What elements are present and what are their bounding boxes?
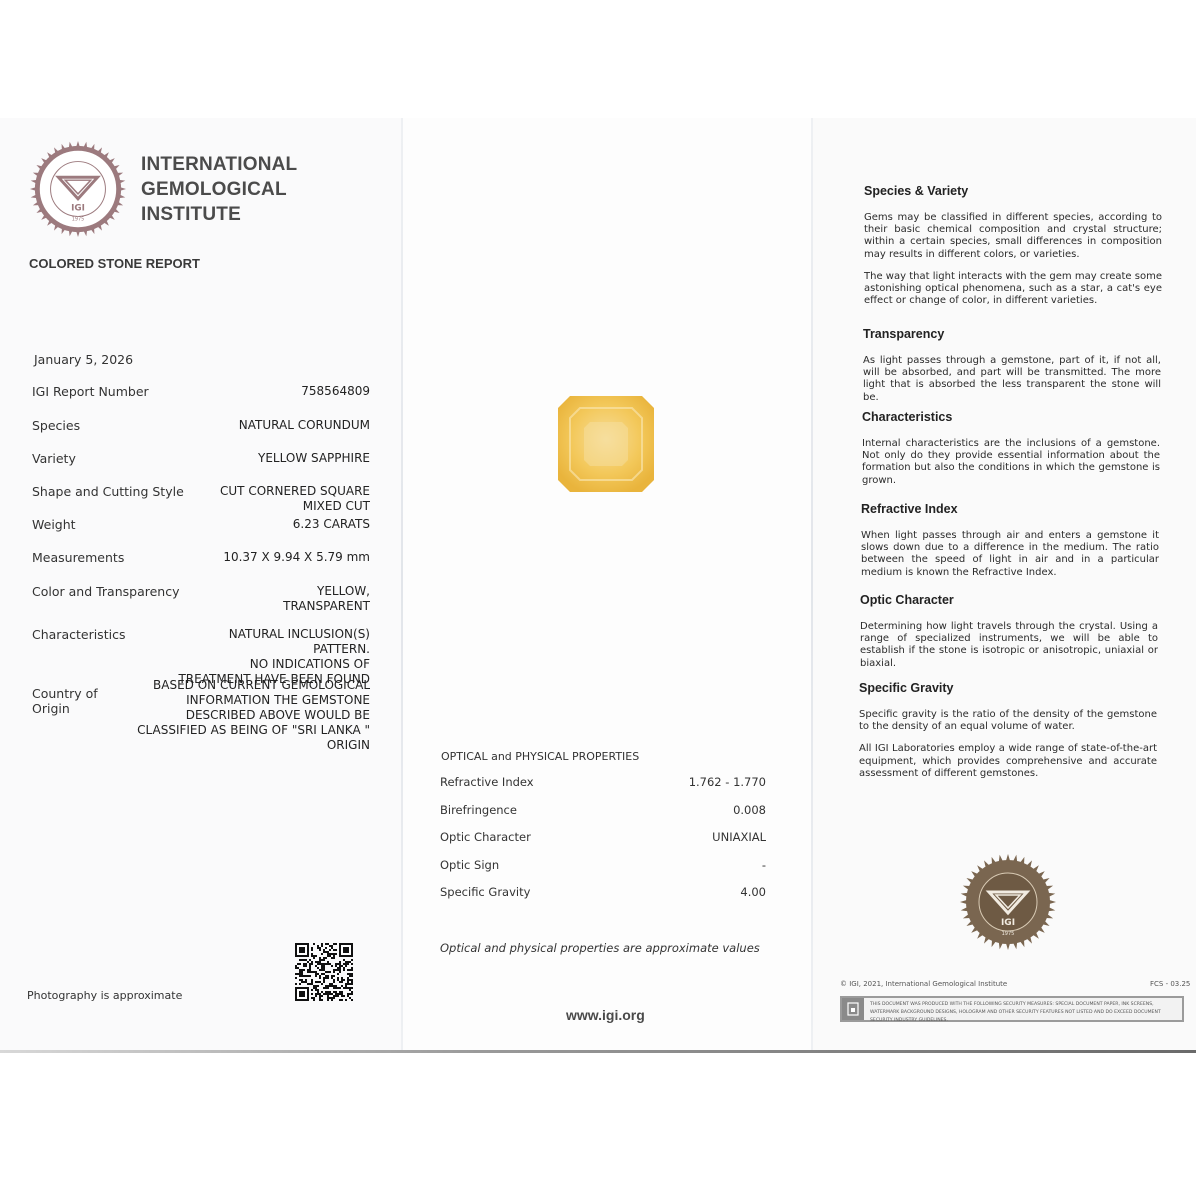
org-name-line: GEMOLOGICAL [141, 177, 297, 202]
glossary-text: Internal characteristics are the inclusi… [862, 438, 1160, 487]
property-value: UNIAXIAL [712, 830, 766, 844]
igi-seal-icon: IGI 1975 [27, 140, 129, 238]
property-label: Birefringence [440, 803, 517, 817]
property-value: 4.00 [740, 885, 766, 899]
glossary-title: Transparency [863, 327, 1161, 341]
property-row: Birefringence0.008 [440, 803, 766, 817]
approx-note: Optical and physical properties are appr… [440, 941, 760, 955]
glossary-section: Refractive IndexWhen light passes throug… [861, 502, 1159, 589]
security-notice: THIS DOCUMENT WAS PRODUCED WITH THE FOLL… [840, 996, 1184, 1022]
igi-seal-gold-icon: IGI 1975 [958, 852, 1058, 952]
field-value: YELLOW,TRANSPARENT [283, 584, 370, 614]
glossary-title: Characteristics [862, 410, 1160, 424]
property-label: Specific Gravity [440, 885, 530, 899]
property-row: Optic Sign- [440, 858, 766, 872]
org-name-line: INTERNATIONAL [141, 152, 297, 177]
glossary-text: The way that light interacts with the ge… [864, 271, 1162, 308]
glossary-text: All IGI Laboratories employ a wide range… [859, 743, 1157, 780]
form-code: FCS - 03.25 [1150, 980, 1190, 988]
property-value: - [762, 858, 766, 872]
document-lock-icon [842, 998, 864, 1020]
field-value: 6.23 CARATS [293, 517, 370, 532]
glossary-section: Specific GravitySpecific gravity is the … [859, 681, 1157, 790]
glossary-title: Species & Variety [864, 184, 1162, 198]
glossary-text: When light passes through air and enters… [861, 530, 1159, 579]
field-value: YELLOW SAPPHIRE [258, 451, 370, 466]
properties-title: OPTICAL and PHYSICAL PROPERTIES [441, 750, 639, 763]
field-value: NATURAL CORUNDUM [239, 418, 370, 433]
property-value: 0.008 [733, 803, 766, 817]
center-panel [402, 118, 812, 1052]
glossary-text: As light passes through a gemstone, part… [863, 355, 1161, 404]
field-label: Country ofOrigin [32, 686, 98, 716]
qr-code-icon[interactable] [295, 943, 353, 1001]
field-label: Shape and Cutting Style [32, 484, 184, 499]
fold-line [401, 118, 403, 1052]
report-title: COLORED STONE REPORT [29, 256, 200, 271]
field-label: Weight [32, 517, 76, 532]
copyright: © IGI, 2021, International Gemological I… [840, 980, 1007, 988]
org-name-line: INSTITUTE [141, 202, 297, 227]
glossary-title: Specific Gravity [859, 681, 1157, 695]
field-value: 758564809 [301, 384, 370, 399]
glossary-text: Specific gravity is the ratio of the den… [859, 709, 1157, 733]
fold-line [811, 118, 813, 1052]
gemstone-photo [556, 394, 656, 494]
property-label: Optic Sign [440, 858, 499, 872]
glossary-section: CharacteristicsInternal characteristics … [862, 410, 1160, 497]
glossary-text: Gems may be classified in different spec… [864, 212, 1162, 261]
field-label: Color and Transparency [32, 584, 179, 599]
glossary-section: Optic CharacterDetermining how light tra… [860, 593, 1158, 680]
property-value: 1.762 - 1.770 [689, 775, 766, 789]
field-label: Variety [32, 451, 76, 466]
security-text: THIS DOCUMENT WAS PRODUCED WITH THE FOLL… [870, 1001, 1176, 1025]
org-name: INTERNATIONAL GEMOLOGICAL INSTITUTE [141, 152, 297, 227]
svg-text:1975: 1975 [72, 216, 84, 222]
field-label: Species [32, 418, 80, 433]
svg-text:IGI: IGI [1001, 918, 1015, 928]
field-label: IGI Report Number [32, 384, 149, 399]
property-row: Specific Gravity4.00 [440, 885, 766, 899]
report-date: January 5, 2026 [34, 352, 133, 367]
field-label: Measurements [32, 550, 124, 565]
glossary-section: Species & VarietyGems may be classified … [864, 184, 1162, 317]
glossary-section: TransparencyAs light passes through a ge… [863, 327, 1161, 414]
field-value: CUT CORNERED SQUAREMIXED CUT [220, 484, 370, 514]
sheet-shadow [0, 1050, 1196, 1053]
glossary-title: Optic Character [860, 593, 1158, 607]
property-row: Optic CharacterUNIAXIAL [440, 830, 766, 844]
svg-text:IGI: IGI [71, 204, 85, 214]
field-value: BASED ON CURRENT GEMOLOGICALINFORMATION … [137, 678, 370, 753]
glossary-title: Refractive Index [861, 502, 1159, 516]
property-label: Refractive Index [440, 775, 534, 789]
website-link[interactable]: www.igi.org [566, 1007, 645, 1023]
property-label: Optic Character [440, 830, 531, 844]
property-row: Refractive Index1.762 - 1.770 [440, 775, 766, 789]
glossary-text: Determining how light travels through th… [860, 621, 1158, 670]
field-label: Characteristics [32, 627, 125, 642]
svg-text:1975: 1975 [1002, 931, 1015, 937]
photo-note: Photography is approximate [27, 989, 182, 1002]
field-value: 10.37 X 9.94 X 5.79 mm [223, 550, 370, 565]
